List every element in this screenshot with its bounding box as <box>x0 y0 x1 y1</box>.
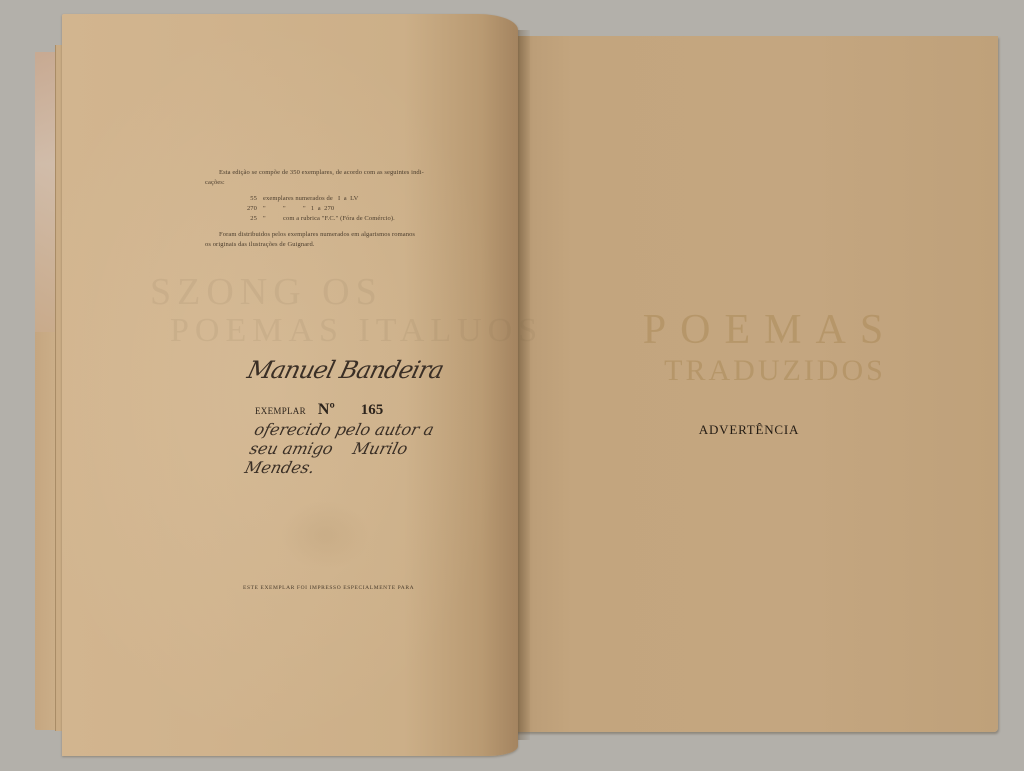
colophon-row: 270 " " " 1 a 270 <box>205 204 465 214</box>
colophon-rows: 55 exemplares numerados de I a LV 270 " … <box>205 194 465 224</box>
colophon-intro: Esta edição se compõe de 350 exemplares,… <box>205 168 465 178</box>
right-page: POEMAS TRADUZIDOS ADVERTÊNCIA <box>514 36 998 732</box>
exemplar-number: 165 <box>361 402 384 419</box>
left-page <box>62 14 518 756</box>
row-text: exemplares numerados de I a LV <box>263 194 358 204</box>
book-photo: POEMAS TRADUZIDOS ADVERTÊNCIA SZONG OS P… <box>0 0 1024 771</box>
paper-stain <box>280 500 370 570</box>
colophon-intro-cont: cações: <box>205 178 465 188</box>
exemplar-line: EXEMPLAR Nº 165 <box>255 401 383 419</box>
row-count: 25 <box>205 214 263 224</box>
row-count: 55 <box>205 194 263 204</box>
footer-note: ESTE EXEMPLAR FOI IMPRESSO ESPECIALMENTE… <box>243 585 414 591</box>
page-heading: ADVERTÊNCIA <box>654 422 844 438</box>
colophon-row: 55 exemplares numerados de I a LV <box>205 194 465 204</box>
exemplar-label: EXEMPLAR <box>255 406 306 416</box>
colophon: Esta edição se compõe de 350 exemplares,… <box>205 168 465 250</box>
row-text: " com a rubrica "F.C." (Fóra de Comércio… <box>263 214 395 224</box>
handwritten-dedication: oferecido pelo autor a seu amigo Murilo … <box>243 420 457 477</box>
ghost-title-line1: POEMAS <box>610 306 930 354</box>
showthrough-text-line2: POEMAS ITALUOS <box>170 312 543 350</box>
colophon-note: Foram distribuidos pelos exemplares nume… <box>205 230 465 240</box>
ghost-title-line2: TRADUZIDOS <box>610 354 940 388</box>
row-count: 270 <box>205 204 263 214</box>
showthrough-text-line1: SZONG OS <box>150 270 383 314</box>
author-signature: Manuel Bandeira <box>245 356 447 384</box>
row-text: " " " 1 a 270 <box>263 204 334 214</box>
number-symbol: Nº <box>318 401 335 419</box>
colophon-note-cont: os originais das ilustrações de Guignard… <box>205 240 465 250</box>
colophon-row: 25 " com a rubrica "F.C." (Fóra de Comér… <box>205 214 465 224</box>
